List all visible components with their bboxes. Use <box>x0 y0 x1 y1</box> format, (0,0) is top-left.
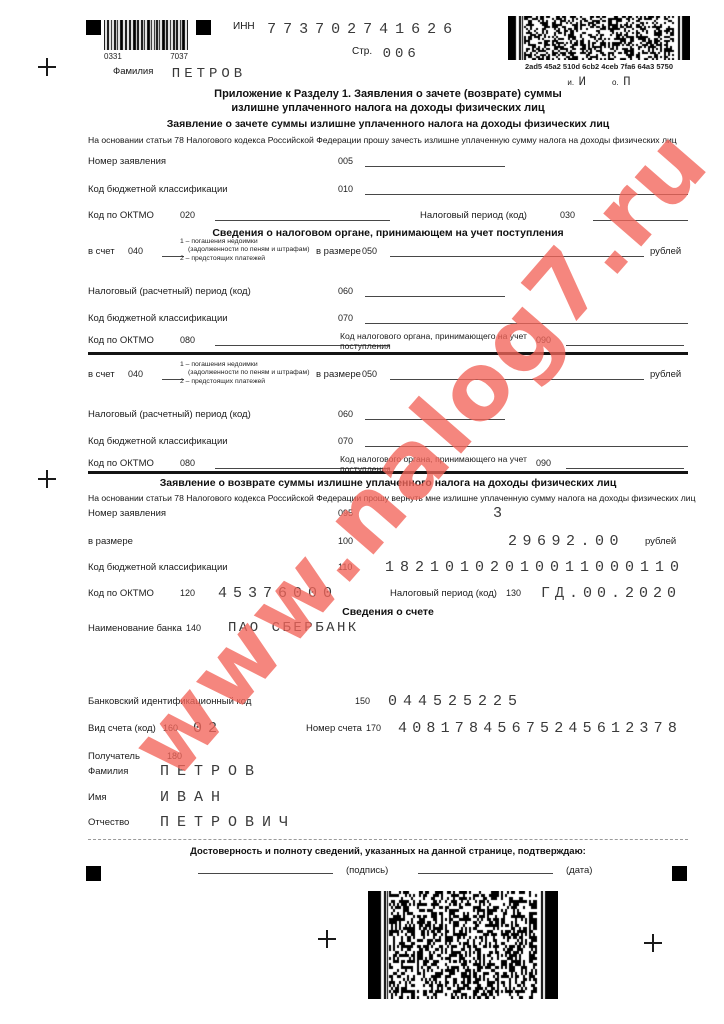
barcode-2d-caption: 2ad5 45a2 510d 6cb2 4ceb 7fa6 64a3 5750 <box>504 62 694 71</box>
blank-field-line <box>566 457 684 469</box>
row-refund-application-number: Номер заявления 095 3 <box>88 508 688 526</box>
authority-code-label: Код налогового органа, принимающего на у… <box>340 331 534 351</box>
page-number-field: Стр. 006 <box>352 44 420 62</box>
field-code: 180 <box>167 751 182 761</box>
tax-form-page: 0331 7037 ИНН 773702741626 Стр. 006 2ad5… <box>0 0 724 1024</box>
note-line3: 2 – предстоящих платежей <box>180 255 265 263</box>
blank-field-line <box>215 209 390 221</box>
field-code: 040 <box>128 369 143 379</box>
blank-field-line <box>365 435 688 447</box>
field-label: Налоговый (расчетный) период (код) <box>88 409 251 420</box>
note-line1: 1 – погашения недоимки <box>180 361 258 369</box>
field-label: в размере <box>88 536 133 547</box>
field-code: 050 <box>362 246 377 256</box>
field-label: Код по ОКТМО <box>88 458 154 469</box>
field-code: 040 <box>128 246 143 256</box>
anchor-square-top-left <box>86 20 101 35</box>
barcode-digits-right: 7037 <box>170 52 188 61</box>
note-line2: (задолженности по пеням и штрафам) <box>188 246 309 254</box>
header-surname-field: Фамилия ПЕТРОВ <box>113 64 246 82</box>
row-bank-name: Наименование банка 140 ПАО СБЕРБАНК <box>88 623 688 641</box>
barcode-2d-top <box>508 16 690 60</box>
field-value: ГД.00.2020 <box>541 585 681 602</box>
field-label: Отчество <box>88 817 129 828</box>
field-value: ПАО СБЕРБАНК <box>228 620 359 636</box>
field-value: 3 <box>493 505 508 522</box>
name-initial-label: и. <box>567 78 574 87</box>
field-code: 095 <box>338 508 353 518</box>
field-code: 120 <box>180 588 195 598</box>
signature-line <box>198 862 333 874</box>
crop-mark-plus-bottom-right <box>644 934 662 952</box>
blank-field-line <box>390 368 644 380</box>
field-code: 080 <box>180 335 195 345</box>
field-code: 060 <box>338 409 353 419</box>
field-label: Получатель <box>88 751 140 762</box>
footer-divider <box>88 839 688 840</box>
form-barcode-digits: 0331 7037 <box>104 52 188 61</box>
amount-label: в размере <box>316 246 361 257</box>
blank-field-line <box>365 285 505 297</box>
page-number-label: Стр. <box>352 46 372 57</box>
refund-claim-heading: Заявление о возврате суммы излишне уплач… <box>88 477 688 489</box>
section-divider <box>88 352 688 355</box>
field-label: Налоговый период (код) <box>420 210 527 221</box>
row-refund-oktmo-period: Код по ОКТМО 120 45376000 Налоговый пери… <box>88 588 688 606</box>
amount-label: в размере <box>316 369 361 380</box>
field-label: Код по ОКТМО <box>88 335 154 346</box>
field-label: Фамилия <box>88 766 128 777</box>
field-value: 044525225 <box>388 693 523 710</box>
blank-field-line <box>365 408 505 420</box>
toward-label: в счет <box>88 246 115 257</box>
confirmation-text: Достоверность и полноту сведений, указан… <box>88 846 688 857</box>
anchor-square-bottom-right <box>672 866 687 881</box>
blank-field-line <box>390 245 644 257</box>
field-value: 45376000 <box>218 585 338 602</box>
field-code: 100 <box>338 536 353 546</box>
row-bik: Банковский идентификационный код 150 044… <box>88 696 688 714</box>
header-surname-label: Фамилия <box>113 66 153 77</box>
field-code: 070 <box>338 436 353 446</box>
patronymic-initial-label: о. <box>612 78 619 87</box>
field-code: 060 <box>338 286 353 296</box>
header-surname-value: ПЕТРОВ <box>172 66 246 82</box>
blank-field-line <box>365 155 505 167</box>
row-refund-kbk: Код бюджетной классификации 110 18210102… <box>88 562 688 580</box>
signature-date-row: (подпись) (дата) <box>88 862 688 880</box>
row-recipient-patronymic: Отчество ПЕТРОВИЧ <box>88 817 688 835</box>
row-offset-oktmo-period: Код по ОКТМО 020 Налоговый период (код) … <box>88 210 688 228</box>
anchor-square-top-left-2 <box>196 20 211 35</box>
field-label: Банковский идентификационный код <box>88 696 251 707</box>
field-label: Наименование банка <box>88 623 182 634</box>
barcode-digits-left: 0331 <box>104 52 122 61</box>
blank-field-line <box>365 183 688 195</box>
field-code: 050 <box>362 369 377 379</box>
toward-label: в счет <box>88 369 115 380</box>
field-code: 130 <box>506 588 521 598</box>
field-code: 005 <box>338 156 353 166</box>
blank-field-line <box>593 209 688 221</box>
field-label: Номер счета <box>306 723 362 734</box>
field-code: 160 <box>163 723 178 733</box>
field-code: 090 <box>536 458 551 468</box>
field-label: Код бюджетной классификации <box>88 436 228 447</box>
field-label: Налоговый (расчетный) период (код) <box>88 286 251 297</box>
blank-field-line <box>365 312 688 324</box>
tax-authority-block-2: в счет 040 1 – погашения недоимки (задол… <box>88 361 688 475</box>
currency-label: рублей <box>650 369 681 380</box>
row-refund-amount: в размере 100 29692.00 рублей <box>88 536 688 554</box>
field-value: ИВАН <box>160 789 228 806</box>
inn-value: 773702741626 <box>267 21 459 38</box>
anchor-square-bottom-left <box>86 866 101 881</box>
field-label: Налоговый период (код) <box>390 588 497 599</box>
tax-authority-block-1: в счет 040 1 – погашения недоимки (задол… <box>88 238 688 352</box>
field-value: 40817845675245612378 <box>398 720 682 737</box>
field-value: 18210102010011000110 <box>385 559 685 576</box>
crop-mark-plus-middle-left <box>38 470 56 488</box>
refund-claim-basis: На основании статьи 78 Налогового кодекс… <box>88 493 696 503</box>
field-code: 080 <box>180 458 195 468</box>
account-heading: Сведения о счете <box>88 606 688 618</box>
field-label: Вид счета (код) <box>88 723 156 734</box>
date-label: (дата) <box>566 865 592 876</box>
field-label: Номер заявления <box>88 508 166 519</box>
field-code: 150 <box>355 696 370 706</box>
inn-label: ИНН <box>233 21 255 32</box>
row-offset-application-number: Номер заявления 005 <box>88 156 688 174</box>
currency-label: рублей <box>645 536 676 547</box>
form-title-line2: излишне уплаченного налога на доходы физ… <box>88 101 688 115</box>
field-code: 170 <box>366 723 381 733</box>
row-recipient-surname: Фамилия ПЕТРОВ <box>88 766 688 784</box>
field-label: Код бюджетной классификации <box>88 313 228 324</box>
field-code: 010 <box>338 184 353 194</box>
barcode-2d-bottom <box>368 891 558 999</box>
field-code: 140 <box>186 623 201 633</box>
page-number-value: 006 <box>383 46 420 62</box>
inn-field: ИНН 773702741626 <box>233 20 459 38</box>
form-barcode-linear <box>104 20 188 50</box>
field-label: Код бюджетной классификации <box>88 562 228 573</box>
currency-label: рублей <box>650 246 681 257</box>
signature-label: (подпись) <box>346 865 388 876</box>
field-label: Номер заявления <box>88 156 166 167</box>
section-divider <box>88 471 688 474</box>
offset-claim-heading: Заявление о зачете суммы излишне уплачен… <box>88 118 688 130</box>
field-code: 020 <box>180 210 195 220</box>
date-line <box>418 862 553 874</box>
row-account-type-number: Вид счета (код) 160 02 Номер счета 170 4… <box>88 723 688 741</box>
row-recipient-name: Имя ИВАН <box>88 792 688 810</box>
note-line1: 1 – погашения недоимки <box>180 238 258 246</box>
field-label: Имя <box>88 792 107 803</box>
crop-mark-plus-top-left <box>38 58 56 76</box>
note-line2: (задолженности по пеням и штрафам) <box>188 369 309 377</box>
field-label: Код по ОКТМО <box>88 210 154 221</box>
field-value: 02 <box>193 720 223 737</box>
field-value: ПЕТРОВИЧ <box>160 814 296 831</box>
field-code: 030 <box>560 210 575 220</box>
blank-field-line <box>566 334 684 346</box>
row-offset-kbk: Код бюджетной классификации 010 <box>88 184 688 202</box>
field-code: 070 <box>338 313 353 323</box>
form-title: Приложение к Разделу 1. Заявления о заче… <box>88 87 688 115</box>
field-code: 110 <box>338 562 352 572</box>
field-code: 090 <box>536 335 551 345</box>
crop-mark-plus-bottom-left <box>318 930 336 948</box>
offset-claim-basis: На основании статьи 78 Налогового кодекс… <box>88 135 696 145</box>
field-value: ПЕТРОВ <box>160 763 262 780</box>
form-title-line1: Приложение к Разделу 1. Заявления о заче… <box>88 87 688 101</box>
field-label: Код по ОКТМО <box>88 588 154 599</box>
field-label: Код бюджетной классификации <box>88 184 228 195</box>
note-line3: 2 – предстоящих платежей <box>180 378 265 386</box>
field-value: 29692.00 <box>508 533 624 550</box>
